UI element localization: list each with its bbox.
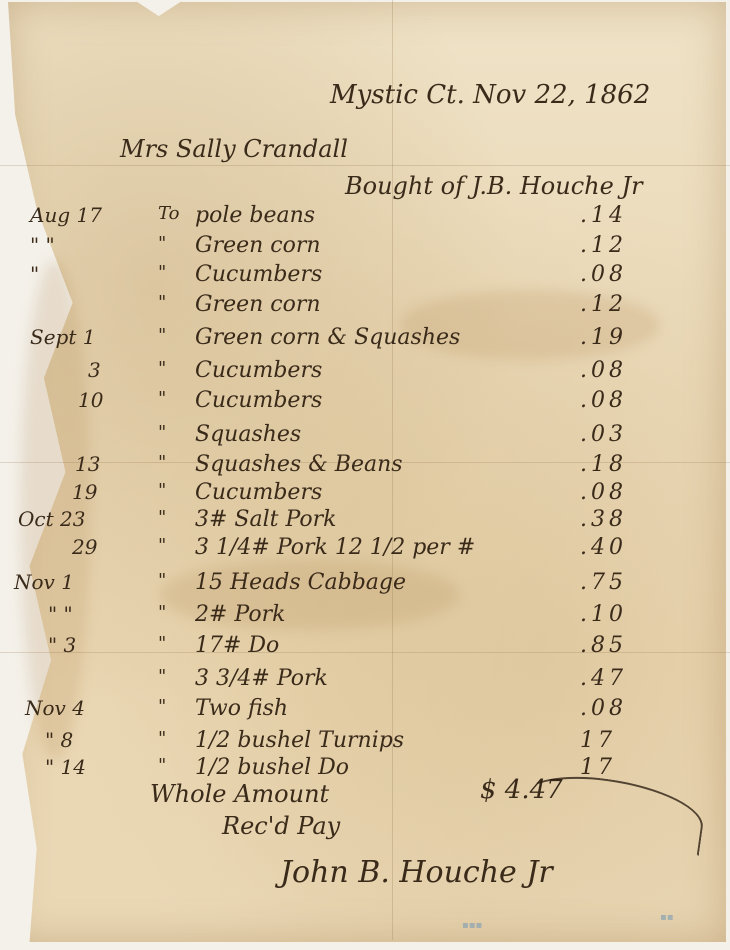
item-amount: .12	[580, 233, 670, 258]
item-description: Two fish	[195, 696, 288, 721]
item-description: 3# Salt Pork	[195, 507, 337, 532]
line-item: 19 " Cucumbers .08	[0, 480, 730, 508]
line-item: Nov 4 " Two fish .08	[0, 696, 730, 724]
item-date: Sept 1	[30, 325, 140, 349]
item-prefix: "	[158, 666, 166, 687]
item-prefix: "	[158, 388, 166, 409]
item-date: Aug 17	[30, 203, 140, 227]
item-amount: .08	[580, 262, 670, 287]
item-amount: .85	[580, 633, 670, 658]
bought-of-line: Bought of J.B. Houche Jr	[345, 172, 643, 200]
item-description: 3 3/4# Pork	[195, 666, 328, 691]
item-amount: .12	[580, 292, 670, 317]
item-description: Cucumbers	[195, 388, 322, 413]
item-description: Cucumbers	[195, 358, 322, 383]
fold-line-horizontal	[0, 165, 730, 166]
item-prefix: "	[158, 292, 166, 313]
line-item: Sept 1 " Green corn & Squashes .19	[0, 325, 730, 353]
item-prefix: "	[158, 696, 166, 717]
received-payment-note: Rec'd Pay	[222, 812, 340, 840]
item-description: Cucumbers	[195, 262, 322, 287]
item-amount: .18	[580, 452, 670, 477]
line-item: " Green corn .12	[0, 292, 730, 320]
line-item: " 3 " 17# Do .85	[0, 633, 730, 661]
item-description: 17# Do	[195, 633, 279, 658]
archive-stamp-mark: ▪▪	[660, 912, 674, 923]
item-date: 3	[88, 358, 198, 382]
item-prefix: "	[158, 233, 166, 254]
item-amount: .75	[580, 570, 670, 595]
line-item: Nov 1 " 15 Heads Cabbage .75	[0, 570, 730, 598]
item-amount: .08	[580, 696, 670, 721]
item-date: " 3	[48, 633, 158, 657]
item-prefix: To	[158, 203, 179, 224]
item-amount: .10	[580, 602, 670, 627]
line-item: " 8 " 1/2 bushel Turnips 17	[0, 728, 730, 756]
item-prefix: "	[158, 535, 166, 556]
item-date: Nov 4	[25, 696, 135, 720]
item-description: Green corn	[195, 292, 321, 317]
item-date: " "	[48, 602, 158, 626]
item-amount: .14	[580, 203, 670, 228]
place-date: Mystic Ct. Nov 22, 1862	[330, 80, 650, 110]
line-item: " Squashes .03	[0, 422, 730, 450]
item-amount: .40	[580, 535, 670, 560]
line-item: " " " Green corn .12	[0, 233, 730, 261]
item-description: Green corn	[195, 233, 321, 258]
item-prefix: "	[158, 570, 166, 591]
item-prefix: "	[158, 602, 166, 623]
item-description: 15 Heads Cabbage	[195, 570, 406, 595]
item-amount: .47	[580, 666, 670, 691]
customer-name: Mrs Sally Crandall	[120, 135, 348, 163]
archive-stamp-mark: ▪▪▪	[462, 920, 482, 931]
item-amount: .19	[580, 325, 670, 350]
item-prefix: "	[158, 755, 166, 776]
item-description: Squashes	[195, 422, 301, 447]
line-item: 13 " Squashes & Beans .18	[0, 452, 730, 480]
item-prefix: "	[158, 480, 166, 501]
item-date: " 8	[45, 728, 155, 752]
item-amount: .03	[580, 422, 670, 447]
item-date: "	[30, 262, 140, 286]
item-description: Squashes & Beans	[195, 452, 403, 477]
item-description: 1/2 bushel Turnips	[195, 728, 404, 753]
item-date: Nov 1	[14, 570, 124, 594]
item-date: 10	[78, 388, 188, 412]
line-item: " 14 " 1/2 bushel Do 17	[0, 755, 730, 783]
line-item: " " " 2# Pork .10	[0, 602, 730, 630]
item-prefix: "	[158, 452, 166, 473]
item-description: 3 1/4# Pork 12 1/2 per #	[195, 535, 475, 560]
line-item: 29 " 3 1/4# Pork 12 1/2 per # .40	[0, 535, 730, 563]
item-date: " 14	[45, 755, 155, 779]
item-prefix: "	[158, 633, 166, 654]
item-description: 1/2 bushel Do	[195, 755, 349, 780]
item-prefix: "	[158, 507, 166, 528]
item-prefix: "	[158, 358, 166, 379]
item-date: 13	[75, 452, 185, 476]
signature: John B. Houche Jr	[280, 855, 553, 890]
item-amount: .38	[580, 507, 670, 532]
line-item: " " Cucumbers .08	[0, 262, 730, 290]
total-label: Whole Amount	[150, 780, 329, 808]
item-prefix: "	[158, 422, 166, 443]
item-amount: .08	[580, 388, 670, 413]
item-description: Green corn & Squashes	[195, 325, 460, 350]
item-prefix: "	[158, 728, 166, 749]
item-amount: 17	[580, 755, 670, 780]
line-item: 3 " Cucumbers .08	[0, 358, 730, 386]
line-item: 10 " Cucumbers .08	[0, 388, 730, 416]
line-item: Aug 17 To pole beans .14	[0, 203, 730, 231]
item-amount: 17	[580, 728, 670, 753]
item-date: Oct 23	[18, 507, 128, 531]
item-date: " "	[30, 233, 140, 257]
line-item: Oct 23 " 3# Salt Pork .38	[0, 507, 730, 535]
item-amount: .08	[580, 358, 670, 383]
item-prefix: "	[158, 325, 166, 346]
item-prefix: "	[158, 262, 166, 283]
item-description: pole beans	[195, 203, 315, 228]
item-amount: .08	[580, 480, 670, 505]
item-description: 2# Pork	[195, 602, 285, 627]
item-description: Cucumbers	[195, 480, 322, 505]
line-item: " 3 3/4# Pork .47	[0, 666, 730, 694]
